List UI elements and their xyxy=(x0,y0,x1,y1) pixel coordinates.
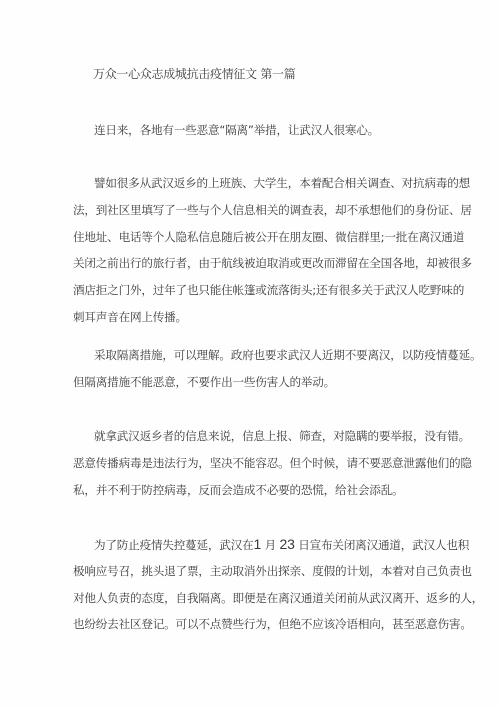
paragraph-line: 譬如很多从武汉返乡的上班族、大学生，本着配合相关调查、对抗病毒的想 xyxy=(73,170,445,197)
paragraph-line: 刺耳声音在网上传播。 xyxy=(73,304,445,331)
paragraph-1: 连日来，各地有一些恶意“隔离”举措，让武汉人很寒心。 xyxy=(73,117,445,144)
paragraph-line: 对他人负责的态度，自我隔离。即便是在离汉通道关闭前从武汉离开、返乡的人， xyxy=(73,585,445,612)
paragraph-5: 为了防止疫情失控蔓延，武汉在1 月 23 日宣布关闭离汉通道，武汉人也积 极响应… xyxy=(73,531,445,638)
text-run: 日宣布关闭离汉通道，武汉人也积 xyxy=(298,538,469,552)
day-number: 23 xyxy=(280,536,295,552)
paragraph-line: 连日来，各地有一些恶意“隔离”举措，让武汉人很寒心。 xyxy=(73,117,445,144)
paragraph-line: 住地址、电话等个人隐私信息随后被公开在朋友圈、微信群里;一批在离汉通道 xyxy=(73,224,445,251)
paragraph-line: 为了防止疫情失控蔓延，武汉在1 月 23 日宣布关闭离汉通道，武汉人也积 xyxy=(73,531,445,558)
paragraph-line: 极响应号召，挑头退了票，主动取消外出探亲、度假的计划，本着对自己负责也 xyxy=(73,558,445,585)
document-title: 万众一心众志成城抗击疫情征文 第一篇 xyxy=(93,66,295,82)
paragraph-4: 就拿武汉返乡者的信息来说，信息上报、筛查，对隐瞒的要举报，没有错。 恶意传播病毒… xyxy=(73,423,445,503)
paragraph-line: 恶意传播病毒是违法行为，坚决不能容忍。但个时候，请不要恶意泄露他们的隐 xyxy=(73,450,445,477)
paragraph-line: 法，到社区里填写了一些与个人信息相关的调查表，却不承想他们的身份证、居 xyxy=(73,197,445,224)
paragraph-line: 采取隔离措施，可以理解。政府也要求武汉人近期不要离汉，以防疫情蔓延。 xyxy=(73,342,445,369)
paragraph-3: 采取隔离措施，可以理解。政府也要求武汉人近期不要离汉，以防疫情蔓延。 但隔离措施… xyxy=(73,342,445,396)
paragraph-line: 酒店拒之门外，过年了也只能住帐篷或流落街头;还有很多关于武汉人吃野味的 xyxy=(73,277,445,304)
paragraph-line: 也纷纷去社区登记。可以不点赞些行为，但绝不应该冷语相向，甚至恶意伤害。 xyxy=(73,611,445,638)
paragraph-line: 关闭之前出行的旅行者，由于航线被迫取消或更改而滞留在全国各地，却被很多 xyxy=(73,250,445,277)
paragraph-line: 私，并不利于防控病毒，反而会造成不必要的恐慌，给社会添乱。 xyxy=(73,477,445,504)
text-run: 月 xyxy=(265,538,276,552)
text-run: 为了防止疫情失控蔓延，武汉在 xyxy=(94,538,254,552)
paragraph-line: 就拿武汉返乡者的信息来说，信息上报、筛查，对隐瞒的要举报，没有错。 xyxy=(73,423,445,450)
paragraph-line: 但隔离措施不能恶意，不要作出一些伤害人的举动。 xyxy=(73,369,445,396)
document-page: 万众一心众志成城抗击疫情征文 第一篇 连日来，各地有一些恶意“隔离”举措，让武汉… xyxy=(0,0,500,707)
month-number: 1 xyxy=(254,536,262,552)
paragraph-2: 譬如很多从武汉返乡的上班族、大学生，本着配合相关调查、对抗病毒的想 法，到社区里… xyxy=(73,170,445,331)
